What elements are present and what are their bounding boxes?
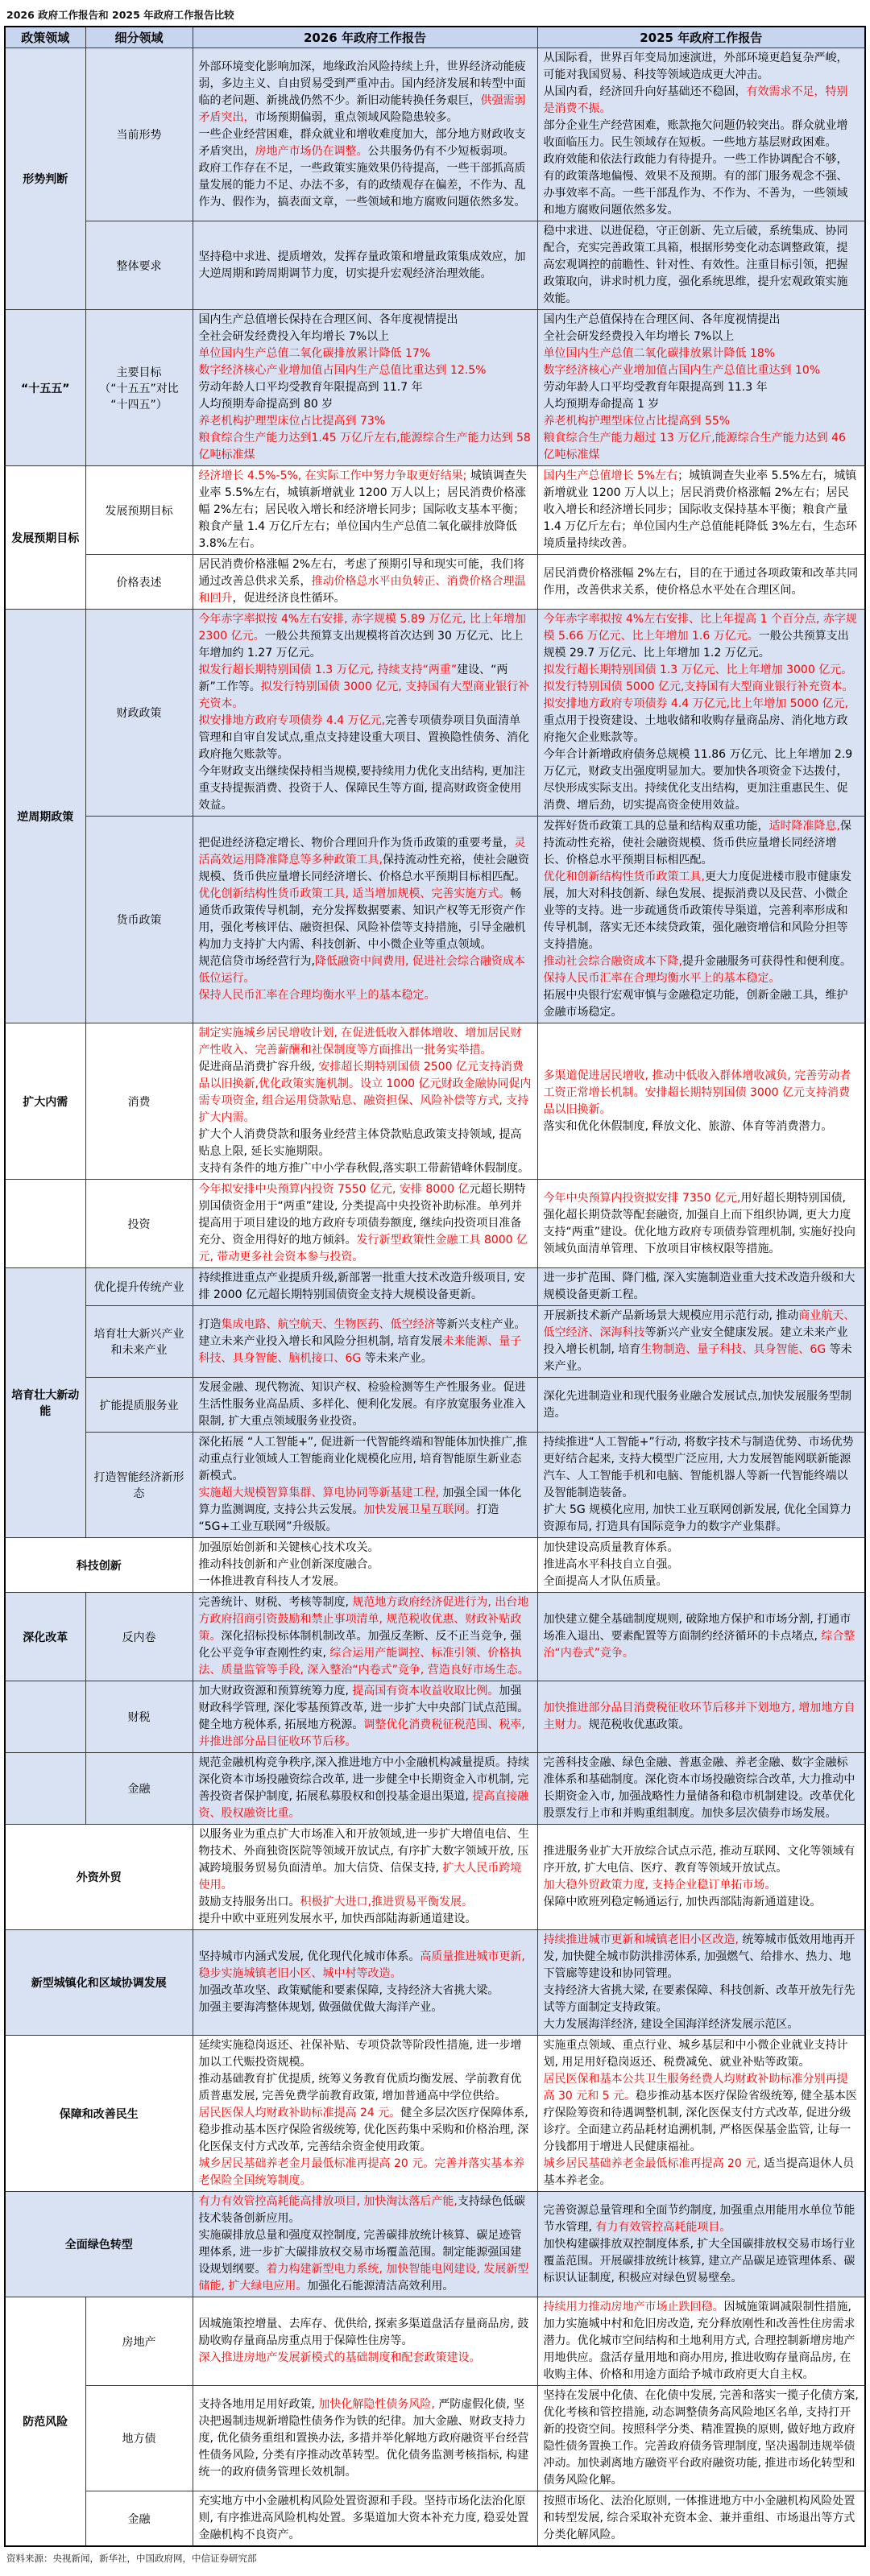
report-2026-cell: 今年赤字率拟按 4%左右安排, 赤字规模 5.89 万亿元, 比上年增加 230… bbox=[193, 610, 537, 817]
paragraph: 多渠道促进居民增收, 推动中低收入群体增收减负, 完善劳动者工资正常增长机制。安… bbox=[544, 1068, 860, 1118]
paragraph: 拟发行特别国债 5000 亿元,支持国有大型商业银行补充资本。 bbox=[544, 679, 860, 696]
paragraph: 发展金融、现代物流、知识产权、检验检测等生产性服务业。促进生活性服务业高品质、多… bbox=[199, 1379, 532, 1430]
paragraph: 外部环境变化影响加深，地缘政治风险持续上升，世界经济动能疲弱，多边主义、自由贸易… bbox=[199, 59, 532, 126]
table-row: 扩能提质服务业发展金融、现代物流、知识产权、检验检测等生产性服务业。促进生活性服… bbox=[5, 1378, 865, 1433]
paragraph: 今年财政支出继续保持相当规模,要持续用力优化支出结构, 更加注重支持提振消费、投… bbox=[199, 763, 532, 814]
report-2026-cell: 以服务业为重点扩大市场准入和开放领域,进一步扩大增值电信、生物技术、外商独资医院… bbox=[193, 1825, 537, 1930]
subfield-label: 财政政策 bbox=[85, 610, 193, 817]
paragraph: 促进商品消费扩容升级, 安排超长期特别国债 2500 亿元支持消费品以旧换新,优… bbox=[199, 1059, 532, 1127]
table-row: 金融规范金融机构竞争秩序,深入推进地方中小金融机构减量提质。持续深化资本市场投融… bbox=[5, 1753, 865, 1825]
paragraph: 人均预期寿命提高 1 岁 bbox=[544, 396, 860, 413]
paragraph: 加快推进部分品目消费税征收环节后移并下划地方, 增加地方自主财力。规范税收优惠政… bbox=[544, 1700, 860, 1734]
paragraph: 数字经济核心产业增加值占国内生产总值比重达到 12.5% bbox=[199, 362, 532, 379]
table-row: 打造智能经济新形态深化拓展 “人工智能+”, 促进新一代智能终端和智能体加快推广… bbox=[5, 1433, 865, 1538]
paragraph: 部分企业生产经营困难，账款拖欠问题仍较突出。群众就业增收面临压力。民生领域存在短… bbox=[544, 118, 860, 151]
report-2025-cell: 完善资源总量管理和全面节约制度, 加强重点用能用水单位节能节水管理, 有力有效管… bbox=[537, 2192, 865, 2297]
paragraph: 推进高水平科技自立自强。 bbox=[544, 1557, 860, 1573]
paragraph: 居民消费价格涨幅 2%左右，考虑了预期引导和现实可能，我们将通过改善总供求关系，… bbox=[199, 556, 532, 607]
paragraph: 扩大 5G 规模化应用, 加快工业互联网创新发展, 优化全国算力资源布局, 打造… bbox=[544, 1502, 860, 1536]
paragraph: 全社会研发经费投入年均增长 7%以上 bbox=[544, 329, 860, 345]
table-row: 科技创新加强原始创新和关键核心技术攻关。推动科技创新和产业创新深度融合。一体推进… bbox=[5, 1538, 865, 1593]
report-2025-cell: 持续推进城市更新和城镇老旧小区改造, 统筹城市低效用地再开发, 加快健全城市防洪… bbox=[537, 1930, 865, 2036]
report-2025-cell: 持续推进“人工智能+”行动, 将数字技术与制造优势、市场优势更好结合起来, 支持… bbox=[537, 1433, 865, 1538]
report-2026-cell: 有力有效管控高耗能高排放项目, 加快淘汰落后产能,支持绿色低碳技术装备创新应用。… bbox=[193, 2192, 537, 2297]
header-row: 政策领域 细分领域 2026 年政府工作报告 2025 年政府工作报告 bbox=[5, 27, 865, 48]
paragraph: 加快建设高质量教育体系。 bbox=[544, 1540, 860, 1557]
subfield-label: 货币政策 bbox=[85, 817, 193, 1023]
table-row: 培育壮大新兴产业 和未来产业打造集成电路、航空航天、生物医药、低空经济等新兴支柱… bbox=[5, 1306, 865, 1378]
section-label bbox=[5, 1180, 85, 1268]
section-label: 外资外贸 bbox=[5, 1825, 193, 1930]
table-row: 扩大内需消费制定实施城乡居民增收计划, 在促进低收入群体增收、增加居民财产性收入… bbox=[5, 1023, 865, 1180]
paragraph: 坚持稳中求进、提质增效，发挥存量政策和增量政策集成效应，加大逆周期和跨周期调节力… bbox=[199, 249, 532, 283]
comparison-table: 政策领域 细分领域 2026 年政府工作报告 2025 年政府工作报告 形势判断… bbox=[4, 26, 866, 2547]
table-row: 发展预期目标发展预期目标经济增长 4.5%-5%, 在实际工作中努力争取更好结果… bbox=[5, 466, 865, 555]
paragraph: 保持人民币汇率在合理均衡水平上的基本稳定。 bbox=[544, 970, 860, 987]
paragraph: 落实和优化休假制度, 释放文化、旅游、体育等消费潜力。 bbox=[544, 1118, 860, 1135]
paragraph: 打造集成电路、航空航天、生物医药、低空经济等新兴支柱产业。建立未来产业投入增长和… bbox=[199, 1317, 532, 1367]
paragraph: 坚持在发展中化债、在化债中发展, 完善和落实一揽子化债方案, 优化考核和管控措施… bbox=[544, 2388, 860, 2489]
paragraph: 推动社会综合融资成本下降,提升金融服务可获得性和便利度。 bbox=[544, 953, 860, 970]
paragraph: 加强改革攻坚、政策赋能和要素保障, 支持经济大省挑大梁。 bbox=[199, 1983, 532, 1999]
paragraph: 完善科技金融、绿色金融、普惠金融、养老金融、数字金融标准体系和基础制度。深化资本… bbox=[544, 1755, 860, 1822]
paragraph: 按照市场化、法治化原则, 一体推进地方中小金融机构风险处置和转型发展, 综合采取… bbox=[544, 2493, 860, 2544]
section-label: 新型城镇化和区域协调发展 bbox=[5, 1930, 193, 2036]
subfield-label: 反内卷 bbox=[85, 1593, 193, 1681]
paragraph: 今年合计新增政府债务总规模 11.86 万亿元、比上年增加 2.9 万亿元，财政… bbox=[544, 746, 860, 814]
paragraph: 单位国内生产总值二氧化碳排放累计降低 17% bbox=[199, 345, 532, 362]
paragraph: 因城施策控增量、去库存、优供给, 探索多渠道盘活存量商品房, 鼓励收购存量商品房… bbox=[199, 2316, 532, 2350]
paragraph: 一体推进教育科技人才发展。 bbox=[199, 1573, 532, 1590]
section-label bbox=[5, 1753, 85, 1825]
table-row: 投资今年拟安排中央预算内投资 7550 亿元, 安排 8000 亿元超长期特别国… bbox=[5, 1180, 865, 1268]
paragraph: 数字经济核心产业增加值占国内生产总值比重达到 10% bbox=[544, 362, 860, 379]
report-2025-cell: 加快建立健全基础制度规则, 破除地方保护和市场分割, 打通市场准入退出、要素配置… bbox=[537, 1593, 865, 1681]
report-2026-cell: 今年拟安排中央预算内投资 7550 亿元, 安排 8000 亿元超长期特别国债资… bbox=[193, 1180, 537, 1268]
paragraph: 国内生产总值增长 5%左右；城镇调查失业率 5.5%左右，城镇新增就业 1200… bbox=[544, 468, 860, 552]
report-2025-cell: 稳中求进、以进促稳，守正创新、先立后破，系统集成、协同配合，充实完善政策工具箱，… bbox=[537, 221, 865, 310]
paragraph: 实施碳排放总量和强度双控制度, 完善碳排放统计核算、碳足迹管理体系, 进一步扩大… bbox=[199, 2227, 532, 2295]
table-row: 财税加大财政资源和预算统筹力度, 提高国有资本收益收取比例。加强财政科学管理, … bbox=[5, 1681, 865, 1753]
paragraph: 人均预期寿命提高到 80 岁 bbox=[199, 396, 532, 413]
report-2026-cell: 充实地方中小金融机构风险处置资源和手段。坚持市场化法治化原则, 有序推进高风险机… bbox=[193, 2491, 537, 2547]
paragraph: 全社会研发经费投入年均增长 7%以上 bbox=[199, 329, 532, 345]
paragraph: 拟发行超长期特别国债 1.3 万亿元, 持续支持“两重”建设、“两新”工作等。拟… bbox=[199, 662, 532, 713]
report-2025-cell: 居民消费价格涨幅 2%左右，目的在于通过各项政策和改革共同作用，改善供求关系，使… bbox=[537, 555, 865, 610]
paragraph: 优化和创新结构性货币政策工具,更大力度促进楼市股市健康发展，加大对科技创新、绿色… bbox=[544, 869, 860, 953]
paragraph: 支持有条件的地方推广中小学春秋假,落实职工带薪错峰休假制度。 bbox=[199, 1160, 532, 1177]
section-label: 防范风险 bbox=[5, 2297, 85, 2547]
paragraph: 稳中求进、以进促稳，守正创新、先立后破，系统集成、协同配合，充实完善政策工具箱，… bbox=[544, 223, 860, 308]
subfield-label: 地方债 bbox=[85, 2386, 193, 2491]
report-2025-cell: 开展新技术新产品新场景大规模应用示范行动, 推动商业航天、低空经济、深海科技等新… bbox=[537, 1306, 865, 1378]
section-label: 培育壮大新动能 bbox=[5, 1268, 85, 1538]
report-2026-cell: 完善统计、财税、考核等制度, 规范地方政府经济促进行为, 出台地方政府招商引资鼓… bbox=[193, 1593, 537, 1681]
paragraph: 养老机构护理型床位占比提高到 73% bbox=[199, 413, 532, 430]
report-2025-cell: 加快推进部分品目消费税征收环节后移并下划地方, 增加地方自主财力。规范税收优惠政… bbox=[537, 1681, 865, 1753]
subfield-label: 打造智能经济新形态 bbox=[85, 1433, 193, 1538]
report-2025-cell: 实施重点领域、重点行业、城乡基层和中小微企业就业支持计划, 用足用好稳岗返还、税… bbox=[537, 2036, 865, 2192]
header-policy-area: 政策领域 bbox=[5, 27, 85, 48]
paragraph: 拟安排地方政府专项债券 4.4 万亿元,完善专项债券项目负面清单管理和自审自发试… bbox=[199, 713, 532, 763]
paragraph: 今年赤字率拟按 4%左右安排、比上年提高 1 个百分点, 赤字规模 5.66 万… bbox=[544, 611, 860, 662]
paragraph: 从国内看，经济回升向好基础还不稳固，有效需求不足，特别是消费不振。 bbox=[544, 84, 860, 118]
paragraph: 政府工作存在不足，一些政策实施效果仍待提高，一些干部抓高质量发展的能力不足、办法… bbox=[199, 160, 532, 211]
paragraph: 加强原始创新和关键核心技术攻关。 bbox=[199, 1540, 532, 1557]
section-label: 发展预期目标 bbox=[5, 466, 85, 610]
paragraph: 进一步扩范围、降门槛, 深入实施制造业重大技术改造升级和大规模设备更新工程。 bbox=[544, 1270, 860, 1304]
report-2025-cell: 国内生产总值保持在合理区间、各年度视情提出全社会研发经费投入年均增长 7%以上单… bbox=[537, 310, 865, 466]
paragraph: 坚持城市内涵式发展, 优化现代化城市体系。高质量推进城市更新, 稳步实施城镇老旧… bbox=[199, 1949, 532, 1983]
subfield-label: 金融 bbox=[85, 2491, 193, 2547]
paragraph: 加大财政资源和预算统筹力度, 提高国有资本收益收取比例。加强财政科学管理, 深化… bbox=[199, 1683, 532, 1751]
report-2025-cell: 进一步扩范围、降门槛, 深入实施制造业重大技术改造升级和大规模设备更新工程。 bbox=[537, 1268, 865, 1306]
paragraph: 劳动年龄人口平均受教育年限提高到 11.7 年 bbox=[199, 379, 532, 396]
report-2026-cell: 坚持稳中求进、提质增效，发挥存量政策和增量政策集成效应，加大逆周期和跨周期调节力… bbox=[193, 221, 537, 310]
table-row: “十五五”主要目标 （“十五五”对比 “十四五”）国内生产总值增长保持在合理区间… bbox=[5, 310, 865, 466]
subfield-label: 优化提升传统产业 bbox=[85, 1268, 193, 1306]
paragraph: 一些企业经营困难，群众就业和增收难度加大，部分地方财政收支矛盾突出，房地产市场仍… bbox=[199, 126, 532, 160]
table-row: 地方债支持各地用足用好政策, 加快化解隐性债务风险, 严防虚假化债, 坚决把遏制… bbox=[5, 2386, 865, 2491]
paragraph: 粮食综合生产能力超过 13 万亿斤,能源综合生产能力达到 46 亿吨标准煤 bbox=[544, 430, 860, 464]
paragraph: 规范金融机构竞争秩序,深入推进地方中小金融机构减量提质。持续深化资本市场投融资综… bbox=[199, 1755, 532, 1822]
paragraph: 延续实施稳岗返还、社保补贴、专项贷款等阶段性措施, 进一步增加以工代赈投资规模。 bbox=[199, 2037, 532, 2071]
page-title: 2026 政府工作报告和 2025 年政府工作报告比较 bbox=[0, 0, 870, 26]
report-2025-cell: 按照市场化、法治化原则, 一体推进地方中小金融机构风险处置和转型发展, 综合采取… bbox=[537, 2491, 865, 2547]
paragraph: 今年拟安排中央预算内投资 7550 亿元, 安排 8000 亿元超长期特别国债资… bbox=[199, 1181, 532, 1266]
subfield-label: 培育壮大新兴产业 和未来产业 bbox=[85, 1306, 193, 1378]
paragraph: 以服务业为重点扩大市场准入和开放领域,进一步扩大增值电信、生物技术、外商独资医院… bbox=[199, 1826, 532, 1894]
table-row: 防范风险房地产因城施策控增量、去库存、优供给, 探索多渠道盘活存量商品房, 鼓励… bbox=[5, 2297, 865, 2386]
paragraph: 加大稳外贸政策力度, 支持企业稳订单拓市场。 bbox=[544, 1877, 860, 1894]
paragraph: 支持各地用足用好政策, 加快化解隐性债务风险, 严防虚假化债, 坚决把遏制违规新… bbox=[199, 2396, 532, 2481]
report-2026-cell: 国内生产总值增长保持在合理区间、各年度视情提出全社会研发经费投入年均增长 7%以… bbox=[193, 310, 537, 466]
paragraph: 大力发展海洋经济, 建设全国海洋经济发展示范区。 bbox=[544, 2016, 860, 2033]
report-2026-cell: 加大财政资源和预算统筹力度, 提高国有资本收益收取比例。加强财政科学管理, 深化… bbox=[193, 1681, 537, 1753]
report-2025-cell: 完善科技金融、绿色金融、普惠金融、养老金融、数字金融标准体系和基础制度。深化资本… bbox=[537, 1753, 865, 1825]
report-2025-cell: 坚持在发展中化债、在化债中发展, 完善和落实一揽子化债方案, 优化考核和管控措施… bbox=[537, 2386, 865, 2491]
paragraph: 今年赤字率拟按 4%左右安排, 赤字规模 5.89 万亿元, 比上年增加 230… bbox=[199, 611, 532, 662]
paragraph: 优化创新结构性货币政策工具, 适当增加规模、完善实施方式。畅通货币政策传导机制，… bbox=[199, 886, 532, 953]
paragraph: 国内生产总值保持在合理区间、各年度视情提出 bbox=[544, 312, 860, 329]
paragraph: 养老机构护理型床位占比提高到 55% bbox=[544, 413, 860, 430]
table-row: 形势判断当前形势外部环境变化影响加深，地缘政治风险持续上升，世界经济动能疲弱，多… bbox=[5, 48, 865, 221]
paragraph: 加快构建碳排放双控制度体系, 扩大全国碳排放权交易市场行业覆盖范围。开展碳排放统… bbox=[544, 2236, 860, 2287]
report-2026-cell: 规范金融机构竞争秩序,深入推进地方中小金融机构减量提质。持续深化资本市场投融资综… bbox=[193, 1753, 537, 1825]
subfield-label: 价格表述 bbox=[85, 555, 193, 610]
paragraph: 推动科技创新和产业创新深度融合。 bbox=[199, 1557, 532, 1573]
header-report-2025: 2025 年政府工作报告 bbox=[537, 27, 865, 48]
paragraph: 从国际看，世界百年变局加速演进，外部环境更趋复杂严峻，可能对我国贸易、科技等领域… bbox=[544, 50, 860, 84]
paragraph: 把促进经济稳定增长、物价合理回升作为货币政策的重要考量，灵活高效运用降准降息等多… bbox=[199, 835, 532, 886]
paragraph: 规范信贷市场经营行为,降低融资中间费用, 促进社会综合融资成本低位运行。 bbox=[199, 953, 532, 987]
table-header: 政策领域 细分领域 2026 年政府工作报告 2025 年政府工作报告 bbox=[5, 27, 865, 48]
report-2025-cell: 深化先进制造业和现代服务业融合发展试点,加快发展服务型制造。 bbox=[537, 1378, 865, 1433]
paragraph: 支持经济大省挑大梁, 在要素保障、科技创新、改革开放先行先试等方面制定支持政策。 bbox=[544, 1983, 860, 2016]
section-label: 形势判断 bbox=[5, 48, 85, 310]
paragraph: 国内生产总值增长保持在合理区间、各年度视情提出 bbox=[199, 312, 532, 329]
paragraph: 深入推进房地产发展新模式的基础制度和配套政策建设。 bbox=[199, 2350, 532, 2367]
paragraph: 拟安排地方政府专项债券 4.4 万亿元,比上年增加 5000 亿元,重点用于投资… bbox=[544, 696, 860, 746]
table-row: 整体要求坚持稳中求进、提质增效，发挥存量政策和增量政策集成效应，加大逆周期和跨周… bbox=[5, 221, 865, 310]
section-label: 全面绿色转型 bbox=[5, 2192, 193, 2297]
report-2026-cell: 把促进经济稳定增长、物价合理回升作为货币政策的重要考量，灵活高效运用降准降息等多… bbox=[193, 817, 537, 1023]
report-2026-cell: 制定实施城乡居民增收计划, 在促进低收入群体增收、增加居民财产性收入、完善薪酬和… bbox=[193, 1023, 537, 1180]
paragraph: 提升中欧中亚班列发展水平, 加快西部陆海新通道建设。 bbox=[199, 1911, 532, 1928]
paragraph: 实施超大规模智算集群、算电协同等新基建工程, 加强全国一体化算力监测调度, 支持… bbox=[199, 1485, 532, 1536]
report-2026-cell: 坚持城市内涵式发展, 优化现代化城市体系。高质量推进城市更新, 稳步实施城镇老旧… bbox=[193, 1930, 537, 2036]
report-2026-cell: 因城施策控增量、去库存、优供给, 探索多渠道盘活存量商品房, 鼓励收购存量商品房… bbox=[193, 2297, 537, 2386]
report-2026-cell: 居民消费价格涨幅 2%左右，考虑了预期引导和现实可能，我们将通过改善总供求关系，… bbox=[193, 555, 537, 610]
report-2026-cell: 支持各地用足用好政策, 加快化解隐性债务风险, 严防虚假化债, 坚决把遏制违规新… bbox=[193, 2386, 537, 2491]
paragraph: 劳动年龄人口平均受教育年限提高到 11.3 年 bbox=[544, 379, 860, 396]
paragraph: 加强主要海湾整体规划, 做强做优做大海洋产业。 bbox=[199, 1999, 532, 2016]
paragraph: 居民医保人均财政补助标准提高 24 元。健全多层次医疗保障体系, 稳步推动基本医… bbox=[199, 2105, 532, 2156]
report-2026-cell: 持续推进重点产业提质升级,新部署一批重大技术改造升级项目, 安排 2000 亿元… bbox=[193, 1268, 537, 1306]
paragraph: 充实地方中小金融机构风险处置资源和手段。坚持市场化法治化原则, 有序推进高风险机… bbox=[199, 2493, 532, 2544]
header-report-2026: 2026 年政府工作报告 bbox=[193, 27, 537, 48]
subfield-label: 整体要求 bbox=[85, 221, 193, 310]
report-2025-cell: 多渠道促进居民增收, 推动中低收入群体增收减负, 完善劳动者工资正常增长机制。安… bbox=[537, 1023, 865, 1180]
paragraph: 持续推进城市更新和城镇老旧小区改造, 统筹城市低效用地再开发, 加快健全城市防洪… bbox=[544, 1932, 860, 1983]
report-2025-cell: 国内生产总值增长 5%左右；城镇调查失业率 5.5%左右，城镇新增就业 1200… bbox=[537, 466, 865, 555]
report-2026-cell: 经济增长 4.5%-5%, 在实际工作中努力争取更好结果; 城镇调查失业率 5.… bbox=[193, 466, 537, 555]
paragraph: 居民医保和基本公共卫生服务经费人均财政补助标准分别再提高 30 元和 5 元。稳… bbox=[544, 2071, 860, 2156]
table-row: 深化改革反内卷完善统计、财税、考核等制度, 规范地方政府经济促进行为, 出台地方… bbox=[5, 1593, 865, 1681]
subfield-label: 投资 bbox=[85, 1180, 193, 1268]
paragraph: 发挥好货币政策工具的总量和结构双重功能，适时降准降息,保持流动性充裕，使社会融资… bbox=[544, 818, 860, 869]
report-2026-cell: 延续实施稳岗返还、社保补贴、专项贷款等阶段性措施, 进一步增加以工代赈投资规模。… bbox=[193, 2036, 537, 2192]
report-2025-cell: 从国际看，世界百年变局加速演进，外部环境更趋复杂严峻，可能对我国贸易、科技等领域… bbox=[537, 48, 865, 221]
paragraph: 单位国内生产总值二氧化碳排放累计降低 18% bbox=[544, 345, 860, 362]
report-2025-cell: 持续用力推动房地产市场止跌回稳。因城施策调减限制性措施, 加力实施城中村和危旧房… bbox=[537, 2297, 865, 2386]
table-row: 外资外贸以服务业为重点扩大市场准入和开放领域,进一步扩大增值电信、生物技术、外商… bbox=[5, 1825, 865, 1930]
subfield-label: 房地产 bbox=[85, 2297, 193, 2386]
subfield-label: 发展预期目标 bbox=[85, 466, 193, 555]
paragraph: 深化拓展 “人工智能+”, 促进新一代智能终端和智能体加快推广,推动重点行业领域… bbox=[199, 1434, 532, 1485]
section-label: 深化改革 bbox=[5, 1593, 85, 1681]
paragraph: 深化先进制造业和现代服务业融合发展试点,加快发展服务型制造。 bbox=[544, 1388, 860, 1422]
table-row: 价格表述居民消费价格涨幅 2%左右，考虑了预期引导和现实可能，我们将通过改善总供… bbox=[5, 555, 865, 610]
table-row: 保障和改善民生延续实施稳岗返还、社保补贴、专项贷款等阶段性措施, 进一步增加以工… bbox=[5, 2036, 865, 2192]
paragraph: 保持人民币汇率在合理均衡水平上的基本稳定。 bbox=[199, 987, 532, 1004]
subfield-label: 扩能提质服务业 bbox=[85, 1378, 193, 1433]
paragraph: 鼓励支持服务出口。积极扩大进口,推进贸易平衡发展。 bbox=[199, 1894, 532, 1911]
table-row: 培育壮大新动能优化提升传统产业持续推进重点产业提质升级,新部署一批重大技术改造升… bbox=[5, 1268, 865, 1306]
report-2026-cell: 加强原始创新和关键核心技术攻关。推动科技创新和产业创新深度融合。一体推进教育科技… bbox=[193, 1538, 537, 1593]
paragraph: 政府效能和依法行政能力有待提升。一些工作协调配合不够，有的政策落地偏慢、效果不及… bbox=[544, 151, 860, 219]
source-note: 资料来源：央视新闻，新华社，中国政府网，中信证券研究部 bbox=[0, 2547, 870, 2576]
subfield-label: 金融 bbox=[85, 1753, 193, 1825]
paragraph: 居民消费价格涨幅 2%左右，目的在于通过各项政策和改革共同作用，改善供求关系，使… bbox=[544, 565, 860, 599]
table-row: 逆周期政策财政政策今年赤字率拟按 4%左右安排, 赤字规模 5.89 万亿元, … bbox=[5, 610, 865, 817]
paragraph: 制定实施城乡居民增收计划, 在促进低收入群体增收、增加居民财产性收入、完善薪酬和… bbox=[199, 1025, 532, 1059]
report-2025-cell: 发挥好货币政策工具的总量和结构双重功能，适时降准降息,保持流动性充裕，使社会融资… bbox=[537, 817, 865, 1023]
subfield-label: 当前形势 bbox=[85, 48, 193, 221]
subfield-label: 财税 bbox=[85, 1681, 193, 1753]
paragraph: 完善资源总量管理和全面节约制度, 加强重点用能用水单位节能节水管理, 有力有效管… bbox=[544, 2202, 860, 2236]
paragraph: 保障中欧班列稳定畅通运行, 加快西部陆海新通道建设。 bbox=[544, 1894, 860, 1911]
report-2025-cell: 今年赤字率拟按 4%左右安排、比上年提高 1 个百分点, 赤字规模 5.66 万… bbox=[537, 610, 865, 817]
subfield-label: 主要目标 （“十五五”对比 “十四五”） bbox=[85, 310, 193, 466]
section-label: 保障和改善民生 bbox=[5, 2036, 193, 2192]
table-row: 金融充实地方中小金融机构风险处置资源和手段。坚持市场化法治化原则, 有序推进高风… bbox=[5, 2491, 865, 2547]
table-row: 全面绿色转型有力有效管控高耗能高排放项目, 加快淘汰落后产能,支持绿色低碳技术装… bbox=[5, 2192, 865, 2297]
report-2026-cell: 外部环境变化影响加深，地缘政治风险持续上升，世界经济动能疲弱，多边主义、自由贸易… bbox=[193, 48, 537, 221]
comparison-table-body: 形势判断当前形势外部环境变化影响加深，地缘政治风险持续上升，世界经济动能疲弱，多… bbox=[5, 48, 865, 2547]
paragraph: 完善统计、财税、考核等制度, 规范地方政府经济促进行为, 出台地方政府招商引资鼓… bbox=[199, 1594, 532, 1679]
paragraph: 拟发行超长期特别国债 1.3 万亿元、比上年增加 3000 亿元。 bbox=[544, 662, 860, 679]
paragraph: 今年中央预算内投资拟安排 7350 亿元,用好超长期特别国债, 强化超长期贷款等… bbox=[544, 1190, 860, 1258]
paragraph: 持续用力推动房地产市场止跌回稳。因城施策调减限制性措施, 加力实施城中村和危旧房… bbox=[544, 2299, 860, 2384]
report-2026-cell: 发展金融、现代物流、知识产权、检验检测等生产性服务业。促进生活性服务业高品质、多… bbox=[193, 1378, 537, 1433]
section-label: 逆周期政策 bbox=[5, 610, 85, 1023]
report-2025-cell: 今年中央预算内投资拟安排 7350 亿元,用好超长期特别国债, 强化超长期贷款等… bbox=[537, 1180, 865, 1268]
paragraph: 加快建立健全基础制度规则, 破除地方保护和市场分割, 打通市场准入退出、要素配置… bbox=[544, 1611, 860, 1662]
paragraph: 推进服务业扩大开放综合试点示范, 推动互联网、文化等领域有序开放, 扩大电信、医… bbox=[544, 1843, 860, 1877]
report-2025-cell: 推进服务业扩大开放综合试点示范, 推动互联网、文化等领域有序开放, 扩大电信、医… bbox=[537, 1825, 865, 1930]
subfield-label: 消费 bbox=[85, 1023, 193, 1180]
table-row: 新型城镇化和区域协调发展坚持城市内涵式发展, 优化现代化城市体系。高质量推进城市… bbox=[5, 1930, 865, 2036]
paragraph: 拓展中央银行宏观审慎与金融稳定功能，创新金融工具，维护金融市场稳定。 bbox=[544, 987, 860, 1021]
paragraph: 开展新技术新产品新场景大规模应用示范行动, 推动商业航天、低空经济、深海科技等新… bbox=[544, 1308, 860, 1375]
paragraph: 有力有效管控高耗能高排放项目, 加快淘汰落后产能,支持绿色低碳技术装备创新应用。 bbox=[199, 2194, 532, 2227]
paragraph: 全面提高人才队伍质量。 bbox=[544, 1573, 860, 1590]
paragraph: 城乡居民基础养老金月最低标准再提高 20 元。完善并落实基本养老保险全国统筹制度… bbox=[199, 2156, 532, 2189]
paragraph: 扩大个人消费贷款和服务业经营主体贷款贴息政策支持领域, 提高贴息上限, 延长实施… bbox=[199, 1127, 532, 1160]
section-label: “十五五” bbox=[5, 310, 85, 466]
paragraph: 推动基础教育扩优提质, 统筹义务教育优质均衡发展、学前教育优质普惠发展, 完善免… bbox=[199, 2071, 532, 2105]
report-2025-cell: 加快建设高质量教育体系。推进高水平科技自立自强。全面提高人才队伍质量。 bbox=[537, 1538, 865, 1593]
paragraph: 持续推进“人工智能+”行动, 将数字技术与制造优势、市场优势更好结合起来, 支持… bbox=[544, 1434, 860, 1502]
paragraph: 持续推进重点产业提质升级,新部署一批重大技术改造升级项目, 安排 2000 亿元… bbox=[199, 1270, 532, 1304]
section-label: 科技创新 bbox=[5, 1538, 193, 1593]
report-2026-cell: 打造集成电路、航空航天、生物医药、低空经济等新兴支柱产业。建立未来产业投入增长和… bbox=[193, 1306, 537, 1378]
paragraph: 经济增长 4.5%-5%, 在实际工作中努力争取更好结果; 城镇调查失业率 5.… bbox=[199, 468, 532, 552]
paragraph: 粮食综合生产能力达到1.45 万亿斤左右,能源综合生产能力达到 58 亿吨标准煤 bbox=[199, 430, 532, 464]
section-label: 扩大内需 bbox=[5, 1023, 85, 1180]
paragraph: 实施重点领域、重点行业、城乡基层和中小微企业就业支持计划, 用足用好稳岗返还、税… bbox=[544, 2037, 860, 2071]
report-2026-cell: 深化拓展 “人工智能+”, 促进新一代智能终端和智能体加快推广,推动重点行业领域… bbox=[193, 1433, 537, 1538]
section-label bbox=[5, 1681, 85, 1753]
table-row: 货币政策把促进经济稳定增长、物价合理回升作为货币政策的重要考量，灵活高效运用降准… bbox=[5, 817, 865, 1023]
paragraph: 城乡居民基础养老金最低标准再提高 20 元, 适当提高退休人员基本养老金。 bbox=[544, 2156, 860, 2189]
header-subfield: 细分领域 bbox=[85, 27, 193, 48]
